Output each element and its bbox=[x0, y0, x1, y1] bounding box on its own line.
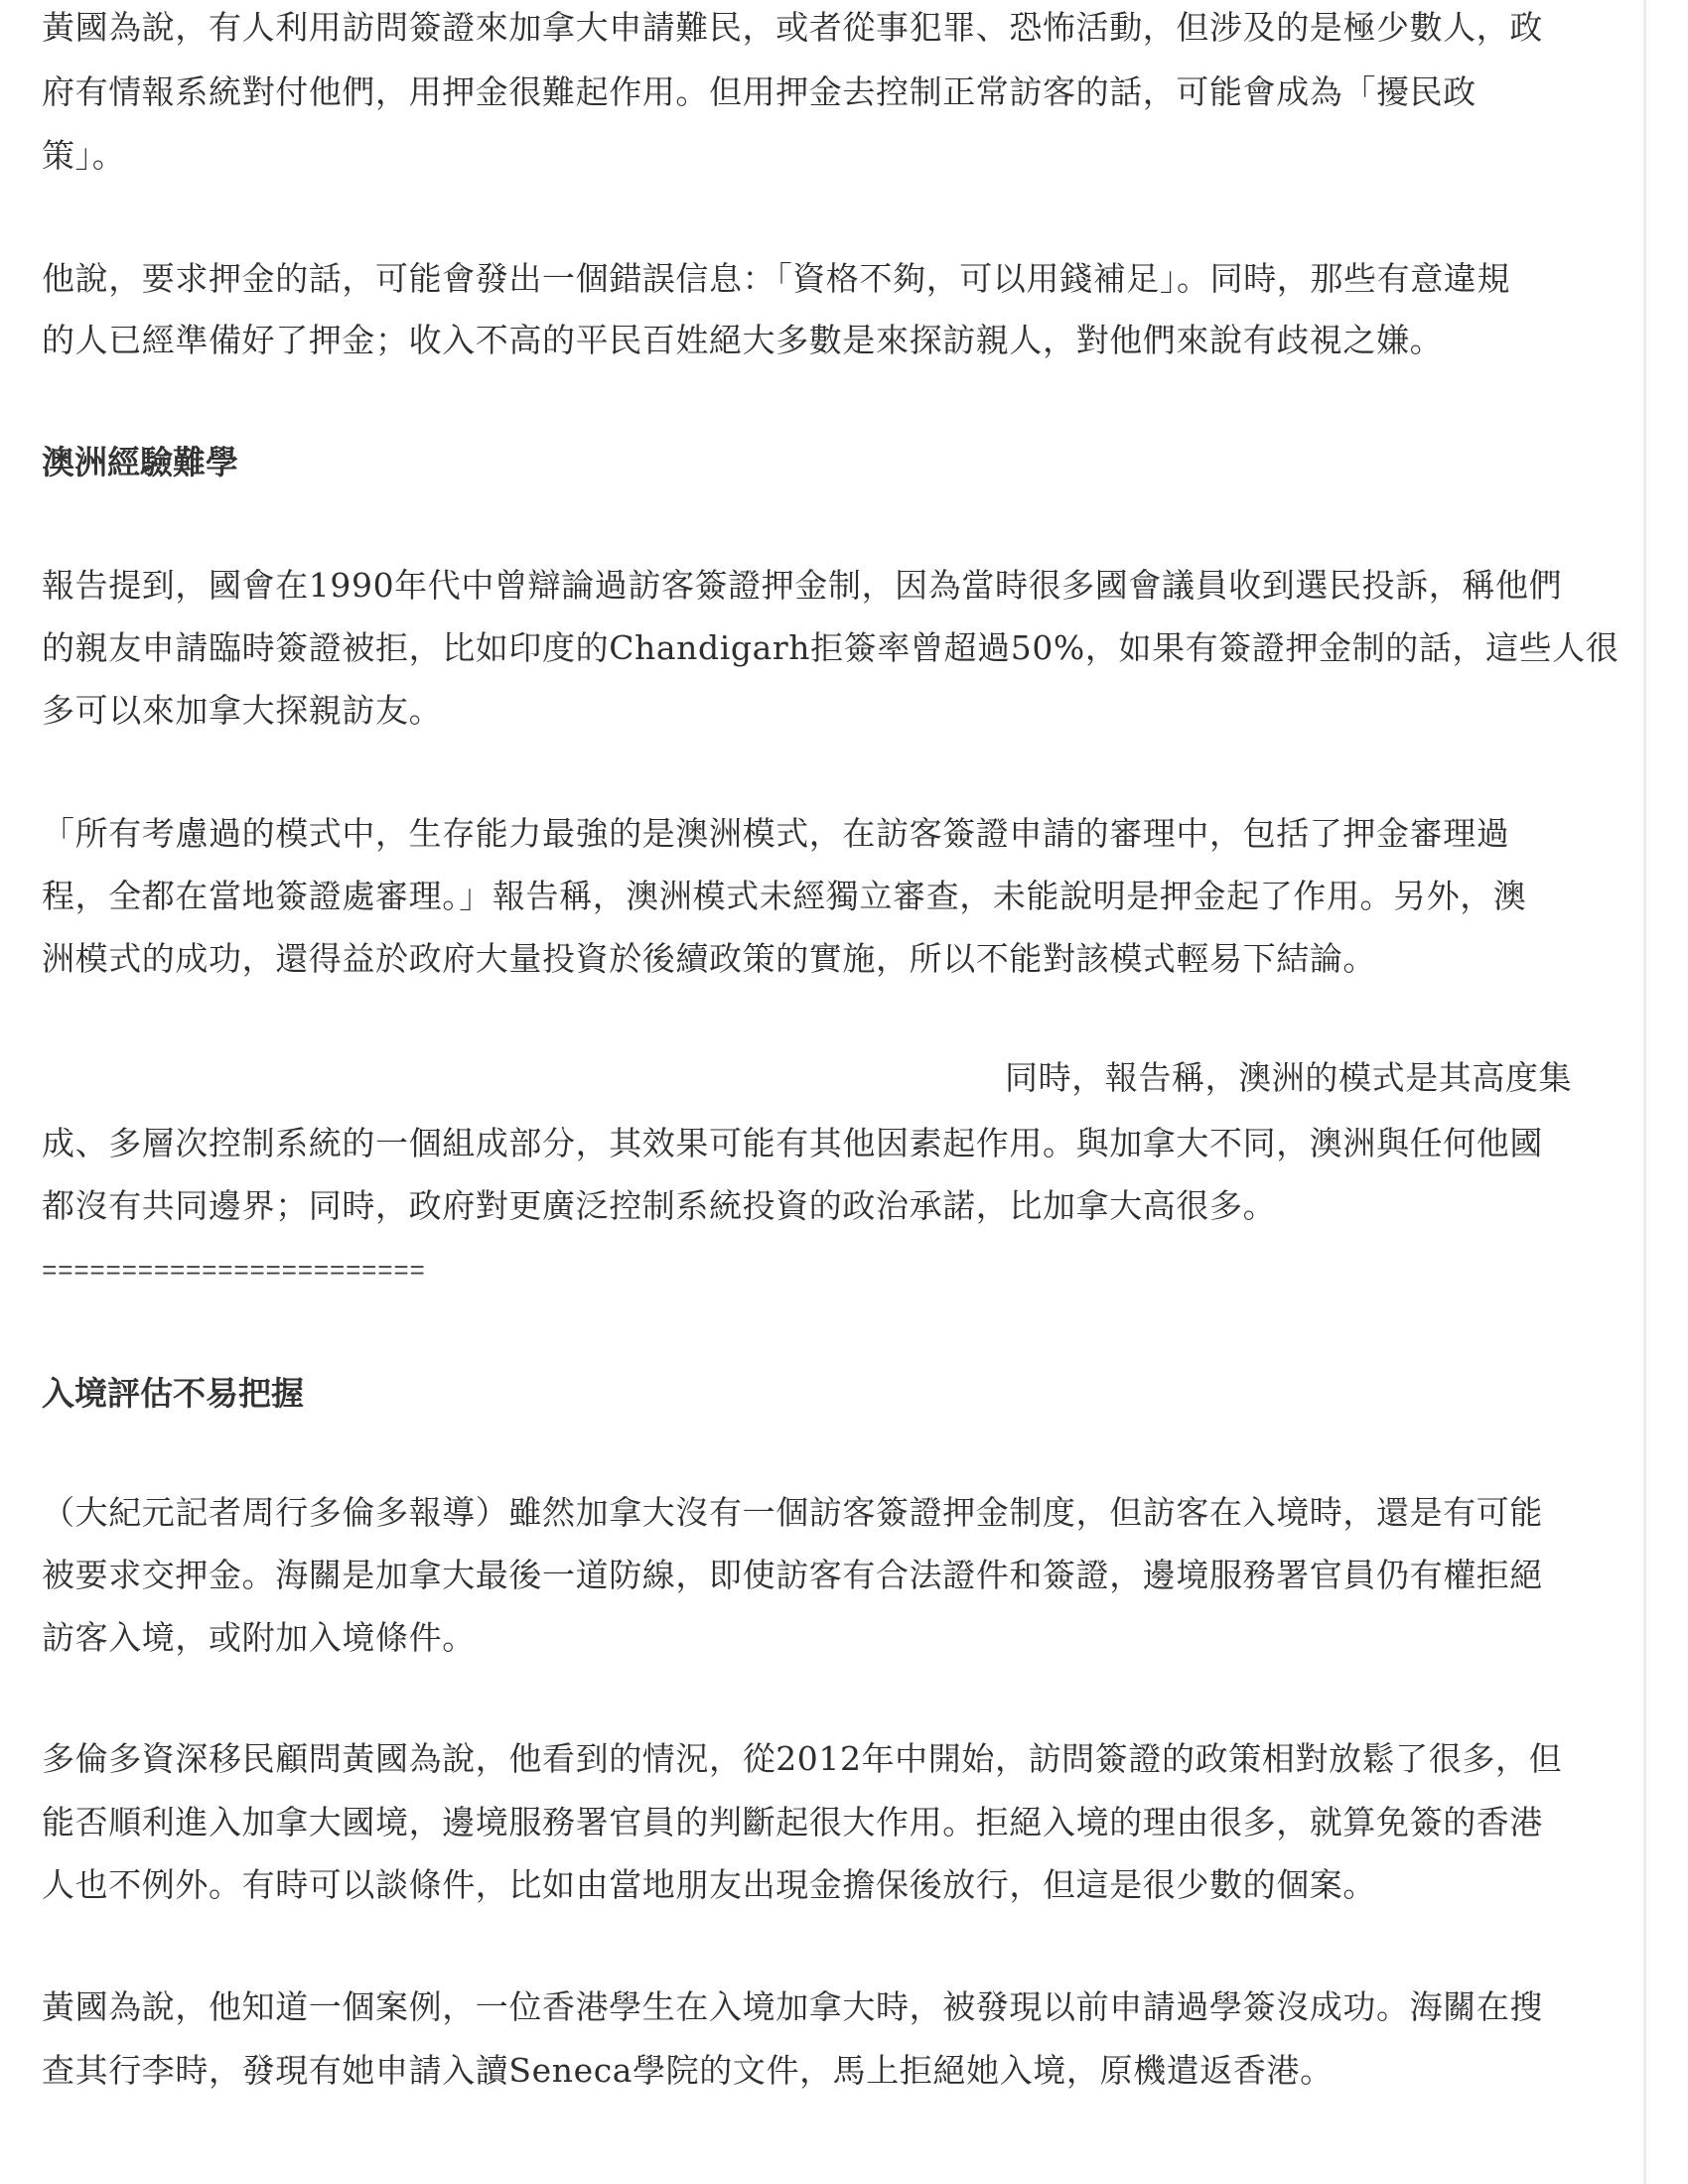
text-line: 同時，報告稱，澳洲的模式是其高度集 bbox=[1005, 1058, 1572, 1098]
text-line: 策」。 bbox=[42, 136, 125, 176]
text-line: 多倫多資深移民顧問黃國為說，他看到的情況，從2012年中開始，訪問簽證的政策相對… bbox=[42, 1739, 1562, 1779]
text-line: 黃國為說，他知道一個案例，一位香港學生在入境加拿大時，被發現以前申請過學簽沒成功… bbox=[42, 1987, 1543, 2027]
text-line: 都沒有共同邊界；同時，政府對更廣泛控制系統投資的政治承諾，比加拿大高很多。 bbox=[42, 1186, 1276, 1226]
text-line: 府有情報系統對付他們，用押金很難起作用。但用押金去控制正常訪客的話，可能會成為「… bbox=[42, 72, 1477, 112]
text-line: 被要求交押金。海關是加拿大最後一道防線，即使訪客有合法證件和簽證，邊境服務署官員… bbox=[42, 1556, 1543, 1595]
section-heading-entry: 入境評估不易把握 bbox=[42, 1374, 304, 1414]
text-line: 黃國為說，有人利用訪問簽證來加拿大申請難民，或者從事犯罪、恐怖活動，但涉及的是極… bbox=[42, 8, 1543, 48]
text-line: 查其行李時，發現有她申請入讀Seneca學院的文件，馬上拒絕她入境，原機遣返香港… bbox=[42, 2051, 1334, 2091]
text-line: 洲模式的成功，還得益於政府大量投資於後續政策的實施，所以不能對該模式輕易下結論。 bbox=[42, 939, 1376, 979]
text-line: 他說，要求押金的話，可能會發出一個錯誤信息：「資格不夠，可以用錢補足」。同時，那… bbox=[42, 259, 1510, 299]
text-line: 人也不例外。有時可以談條件，比如由當地朋友出現金擔保後放行，但這是很少數的個案。 bbox=[42, 1865, 1376, 1905]
page-edge-divider bbox=[1643, 0, 1646, 2184]
text-line: 程，全都在當地簽證處審理。」報告稱，澳洲模式未經獨立審查，未能說明是押金起了作用… bbox=[42, 877, 1527, 916]
text-line: 能否順利進入加拿大國境，邊境服務署官員的判斷起很大作用。拒絕入境的理由很多，就算… bbox=[42, 1803, 1543, 1843]
text-line: 的人已經準備好了押金；收入不高的平民百姓絕大多數是來探訪親人，對他們來說有歧視之… bbox=[42, 321, 1443, 360]
text-line: （大紀元記者周行多倫多報導）雖然加拿大沒有一個訪客簽證押金制度，但訪客在入境時，… bbox=[42, 1493, 1543, 1533]
text-line: 多可以來加拿大探親訪友。 bbox=[42, 691, 442, 731]
text-line: 報告提到，國會在1990年代中曾辯論過訪客簽證押金制，因為當時很多國會議員收到選… bbox=[42, 566, 1562, 606]
text-line: 成、多層次控制系統的一個組成部分，其效果可能有其他因素起作用。與加拿大不同，澳洲… bbox=[42, 1124, 1543, 1163]
text-line: 的親友申請臨時簽證被拒，比如印度的Chandigarh拒簽率曾超過50%，如果有… bbox=[42, 628, 1618, 668]
section-heading-australia: 澳洲經驗難學 bbox=[42, 443, 238, 482]
document-page: 黃國為說，有人利用訪問簽證來加拿大申請難民，或者從事犯罪、恐怖活動，但涉及的是極… bbox=[0, 0, 1644, 2184]
text-line: 訪客入境，或附加入境條件。 bbox=[42, 1618, 476, 1658]
text-line: 「所有考慮過的模式中，生存能力最強的是澳洲模式，在訪客簽證申請的審理中，包括了押… bbox=[42, 814, 1509, 854]
separator-line: ======================== bbox=[42, 1257, 425, 1287]
